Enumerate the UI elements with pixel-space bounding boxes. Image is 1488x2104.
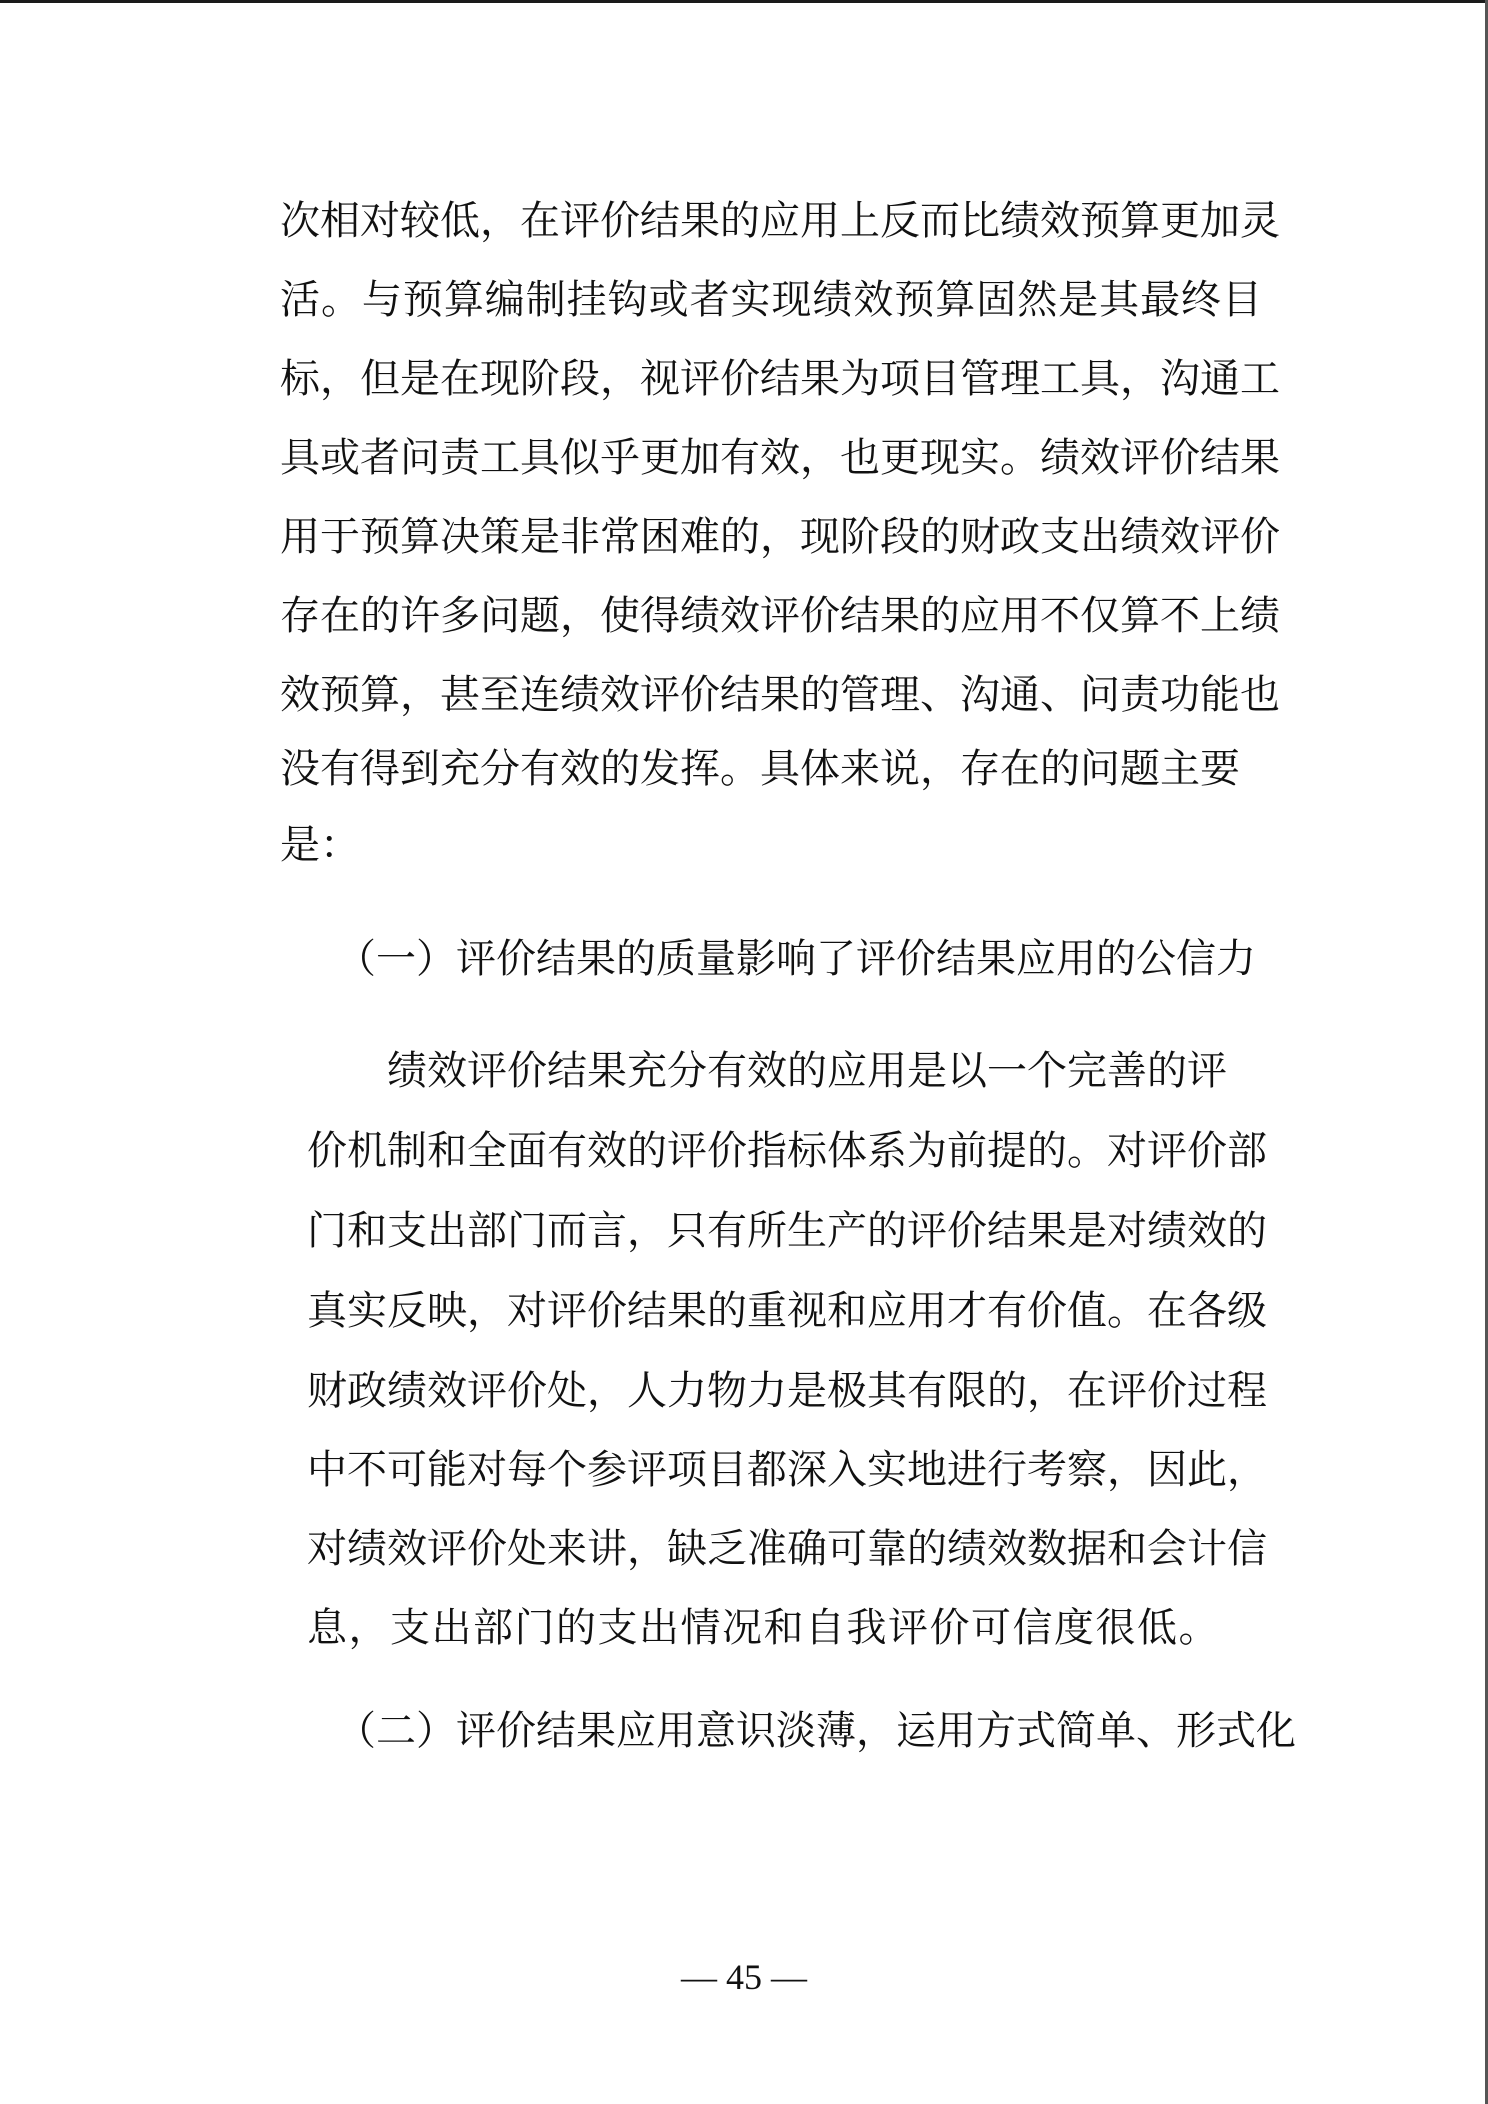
paragraph-line: 没有得到充分有效的发挥。具体来说，存在的问题主要 [280, 744, 1240, 794]
paragraph-line: 次相对较低，在评价结果的应用上反而比绩效预算更加灵 [280, 196, 1262, 246]
paragraph-line: 效预算，甚至连绩效评价结果的管理、沟通、问责功能也 [280, 670, 1262, 720]
paragraph-line: 存在的许多问题，使得绩效评价结果的应用不仅算不上绩 [280, 591, 1262, 641]
paragraph-line: 具或者问责工具似乎更加有效，也更现实。绩效评价结果 [280, 433, 1262, 483]
paragraph-line: 价机制和全面有效的评价指标体系为前提的。对评价部 [307, 1126, 1262, 1176]
section-heading-1: （一）评价结果的质量影响了评价结果应用的公信力 [336, 934, 1236, 984]
page-top-border [0, 0, 1488, 3]
paragraph-line: 真实反映，对评价结果的重视和应用才有价值。在各级 [307, 1286, 1262, 1336]
paragraph-line: 活。与预算编制挂钩或者实现绩效预算固然是其最终目 [280, 275, 1262, 325]
paragraph-line: 中不可能对每个参评项目都深入实地进行考察，因此， [307, 1445, 1262, 1495]
paragraph-line: 用于预算决策是非常困难的，现阶段的财政支出绩效评价 [280, 512, 1262, 562]
section-heading-2: （二）评价结果应用意识淡薄，运用方式简单、形式化 [336, 1706, 1251, 1756]
paragraph-line: 绩效评价结果充分有效的应用是以一个完善的评 [387, 1046, 1225, 1096]
page-number: — 45 — [0, 1955, 1488, 1999]
paragraph-line: 门和支出部门而言，只有所生产的评价结果是对绩效的 [307, 1206, 1262, 1256]
paragraph-line: 财政绩效评价处，人力物力是极其有限的，在评价过程 [307, 1366, 1262, 1416]
paragraph-line: 对绩效评价处来讲，缺乏准确可靠的绩效数据和会计信 [307, 1524, 1262, 1574]
paragraph-line: 息，支出部门的支出情况和自我评价可信度很低。 [307, 1603, 1220, 1653]
paragraph-line: 是： [280, 820, 360, 870]
paragraph-line: 标，但是在现阶段，视评价结果为项目管理工具，沟通工 [280, 354, 1262, 404]
